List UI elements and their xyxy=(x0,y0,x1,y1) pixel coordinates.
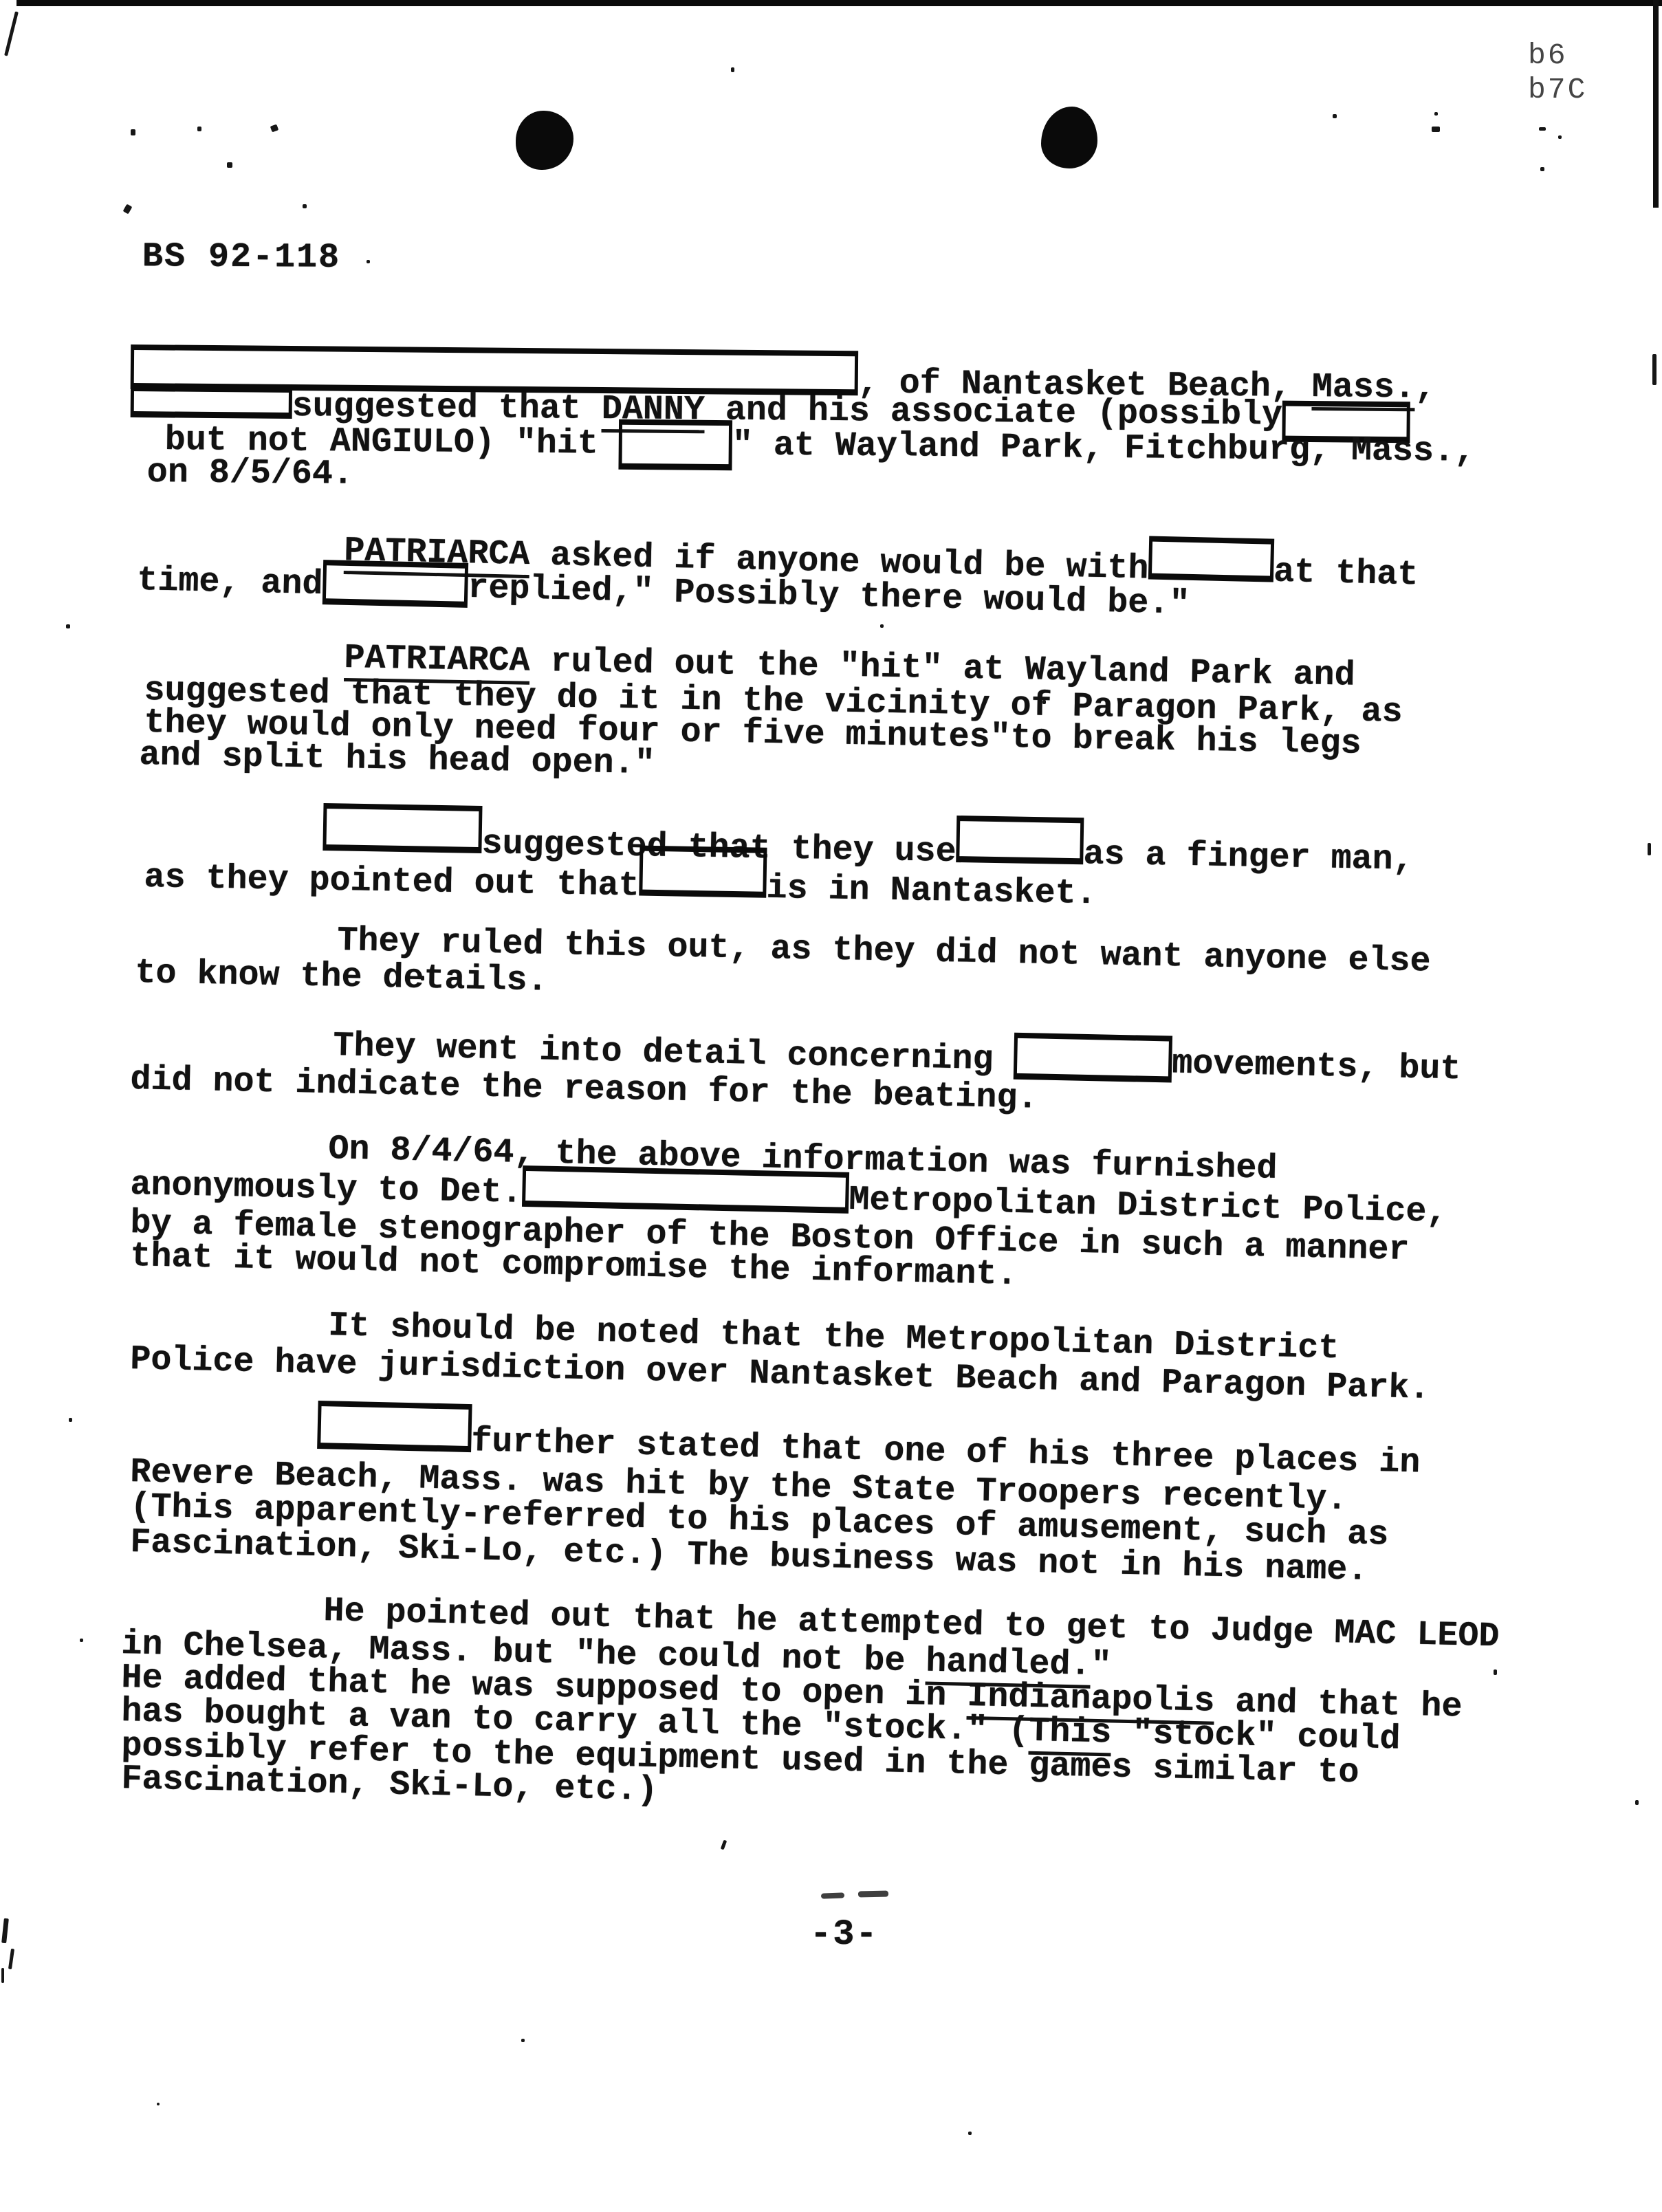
redaction-box xyxy=(956,815,1084,864)
text-run: at that xyxy=(1273,553,1419,595)
text-run: as they pointed out that xyxy=(144,858,639,906)
redaction-box xyxy=(1148,536,1274,582)
classification-b7c: b7C xyxy=(1528,73,1587,107)
scan-speck xyxy=(80,1639,83,1642)
document-line: Fascination, Ski-Lo, etc.) xyxy=(121,1763,658,1808)
redaction-box xyxy=(322,803,482,853)
scan-speck xyxy=(1648,843,1651,855)
scan-speck xyxy=(367,260,370,263)
text-run: and split his head open." xyxy=(139,736,655,784)
scan-speck xyxy=(1652,354,1656,385)
hole-punch-left xyxy=(516,111,573,170)
redaction-box xyxy=(322,560,468,608)
scan-speck xyxy=(1635,1800,1639,1805)
scan-speck xyxy=(4,11,19,56)
scan-speck xyxy=(880,624,884,628)
scan-speck xyxy=(157,2103,160,2105)
redaction-box xyxy=(522,1165,849,1214)
scan-speck xyxy=(1,1918,9,1944)
redaction-box xyxy=(619,419,733,470)
text-run: as a finger man, xyxy=(1083,835,1414,879)
scan-speck xyxy=(721,1840,727,1850)
text-run: movements, but xyxy=(1172,1044,1461,1090)
text-run: " at Wayland Park, Fitchburg, Mass., xyxy=(732,426,1476,471)
redaction-box xyxy=(1014,1033,1172,1083)
document-page: b6 b7C BS 92-118 , of Nantasket Beach, M… xyxy=(0,0,1662,2212)
scan-speck xyxy=(227,162,232,168)
document-line: but not ANGIULO) "hit " at Wayland Park,… xyxy=(164,424,1475,486)
document-line: and split his head open." xyxy=(139,739,655,781)
redaction-box xyxy=(639,846,767,898)
scan-speck xyxy=(1,1968,4,1983)
scan-speck xyxy=(731,67,734,72)
scan-speck xyxy=(1434,112,1438,116)
text-run: , xyxy=(1415,369,1436,408)
scan-speck xyxy=(123,204,133,215)
scan-speck xyxy=(1558,135,1562,139)
scan-speck xyxy=(303,204,307,208)
classification-markings: b6 b7C xyxy=(1528,39,1587,107)
scan-speck xyxy=(8,1949,14,1969)
scan-speck xyxy=(968,2132,972,2135)
scan-speck xyxy=(1042,700,1046,704)
scan-speck xyxy=(1540,167,1544,171)
scan-edge-right xyxy=(1653,0,1659,208)
document-line: to know the details. xyxy=(135,957,548,998)
scan-speck xyxy=(69,1418,72,1422)
scan-speck xyxy=(1539,127,1546,131)
scan-speck xyxy=(66,624,70,628)
redaction-box xyxy=(131,386,292,419)
scan-speck xyxy=(1432,127,1440,132)
scan-speck xyxy=(1333,114,1337,118)
scan-speck xyxy=(1494,1669,1497,1675)
scan-speck xyxy=(131,129,135,135)
footer-smudge-right xyxy=(858,1891,888,1898)
scan-speck xyxy=(521,2039,525,2042)
redaction-box xyxy=(317,1401,472,1452)
page-number: -3- xyxy=(810,1914,879,1955)
file-number: BS 92-118 xyxy=(142,237,340,278)
document-line: as they pointed out thatis in Nantasket. xyxy=(144,862,1097,928)
text-run: time, and xyxy=(137,561,323,604)
scan-speck xyxy=(197,127,201,131)
document-line: on 8/5/64. xyxy=(147,457,353,492)
text-run: to know the details. xyxy=(135,954,548,1001)
text-run: is in Nantasket. xyxy=(766,869,1097,914)
text-run: on 8/5/64. xyxy=(147,453,354,494)
scan-edge-top xyxy=(17,0,1662,6)
classification-b6: b6 xyxy=(1528,39,1587,73)
footer-smudge-left xyxy=(821,1892,844,1898)
scan-speck xyxy=(421,976,424,981)
hole-punch-right xyxy=(1041,107,1097,168)
scan-speck xyxy=(270,124,278,133)
